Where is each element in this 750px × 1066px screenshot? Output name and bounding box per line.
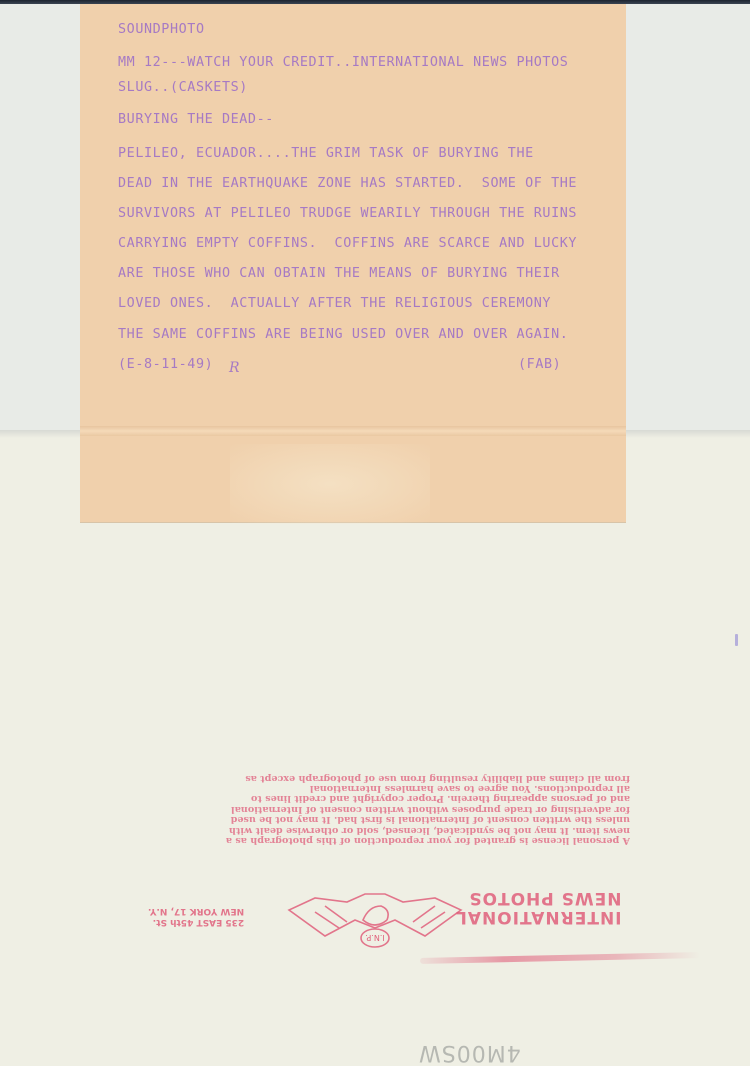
agency-address: 235 EAST 45th St. NEW YORK 17, N.Y. [148,905,244,927]
handwritten-initial: R [229,360,240,376]
caption-credit: (FAB) [518,357,561,372]
license-line: from all claims and liability resulting … [130,772,630,782]
eagle-logo-icon: I.N.P. [285,888,465,950]
license-line: for advertising or trade purposes withou… [130,803,630,813]
caption-line: LOVED ONES. ACTUALLY AFTER THE RELIGIOUS… [118,296,551,311]
caption-line: MM 12---WATCH YOUR CREDIT..INTERNATIONAL… [118,55,568,70]
caption-line: ARE THOSE WHO CAN OBTAIN THE MEANS OF BU… [118,266,560,281]
license-line: and of persons appearing therein. Proper… [130,793,630,803]
caption-line: SOUNDPHOTO [118,22,205,37]
stain [230,444,430,524]
caption-line: SURVIVORS AT PELILEO TRUDGE WEARILY THRO… [118,206,577,221]
paper-fold [80,426,626,436]
address-line: NEW YORK 17, N.Y. [148,905,244,916]
caption-line: THE SAME COFFINS ARE BEING USED OVER AND… [118,327,568,342]
license-stamp: A personal license is granted for your r… [130,772,630,845]
address-line: 235 EAST 45th St. [148,916,244,927]
agency-stamp: INTERNATIONAL NEWS PHOTOS [455,888,622,926]
license-line: A personal license is granted for your r… [130,834,630,844]
caption-line: CARRYING EMPTY COFFINS. COFFINS ARE SCAR… [118,236,577,251]
caption-line: PELILEO, ECUADOR....THE GRIM TASK OF BUR… [118,146,534,161]
caption-line: SLUG..(CASKETS) [118,80,248,95]
license-line: all reproductions. You agree to save har… [130,782,630,792]
svg-text:I.N.P.: I.N.P. [365,933,385,942]
caption-dateline: (E-8-11-49) [118,357,213,372]
ink-smear [420,952,700,964]
agency-subname: NEWS PHOTOS [455,888,622,907]
pencil-inventory-note: 4M00SW [418,1040,521,1065]
license-line: news item. It may not be syndicated, lic… [130,824,630,834]
caption-headline: BURYING THE DEAD-- [118,112,274,127]
agency-name: INTERNATIONAL [455,907,622,926]
license-line: unless the written consent of Internatio… [130,814,630,824]
caption-line: DEAD IN THE EARTHQUAKE ZONE HAS STARTED.… [118,176,577,191]
ink-mark [735,634,738,646]
